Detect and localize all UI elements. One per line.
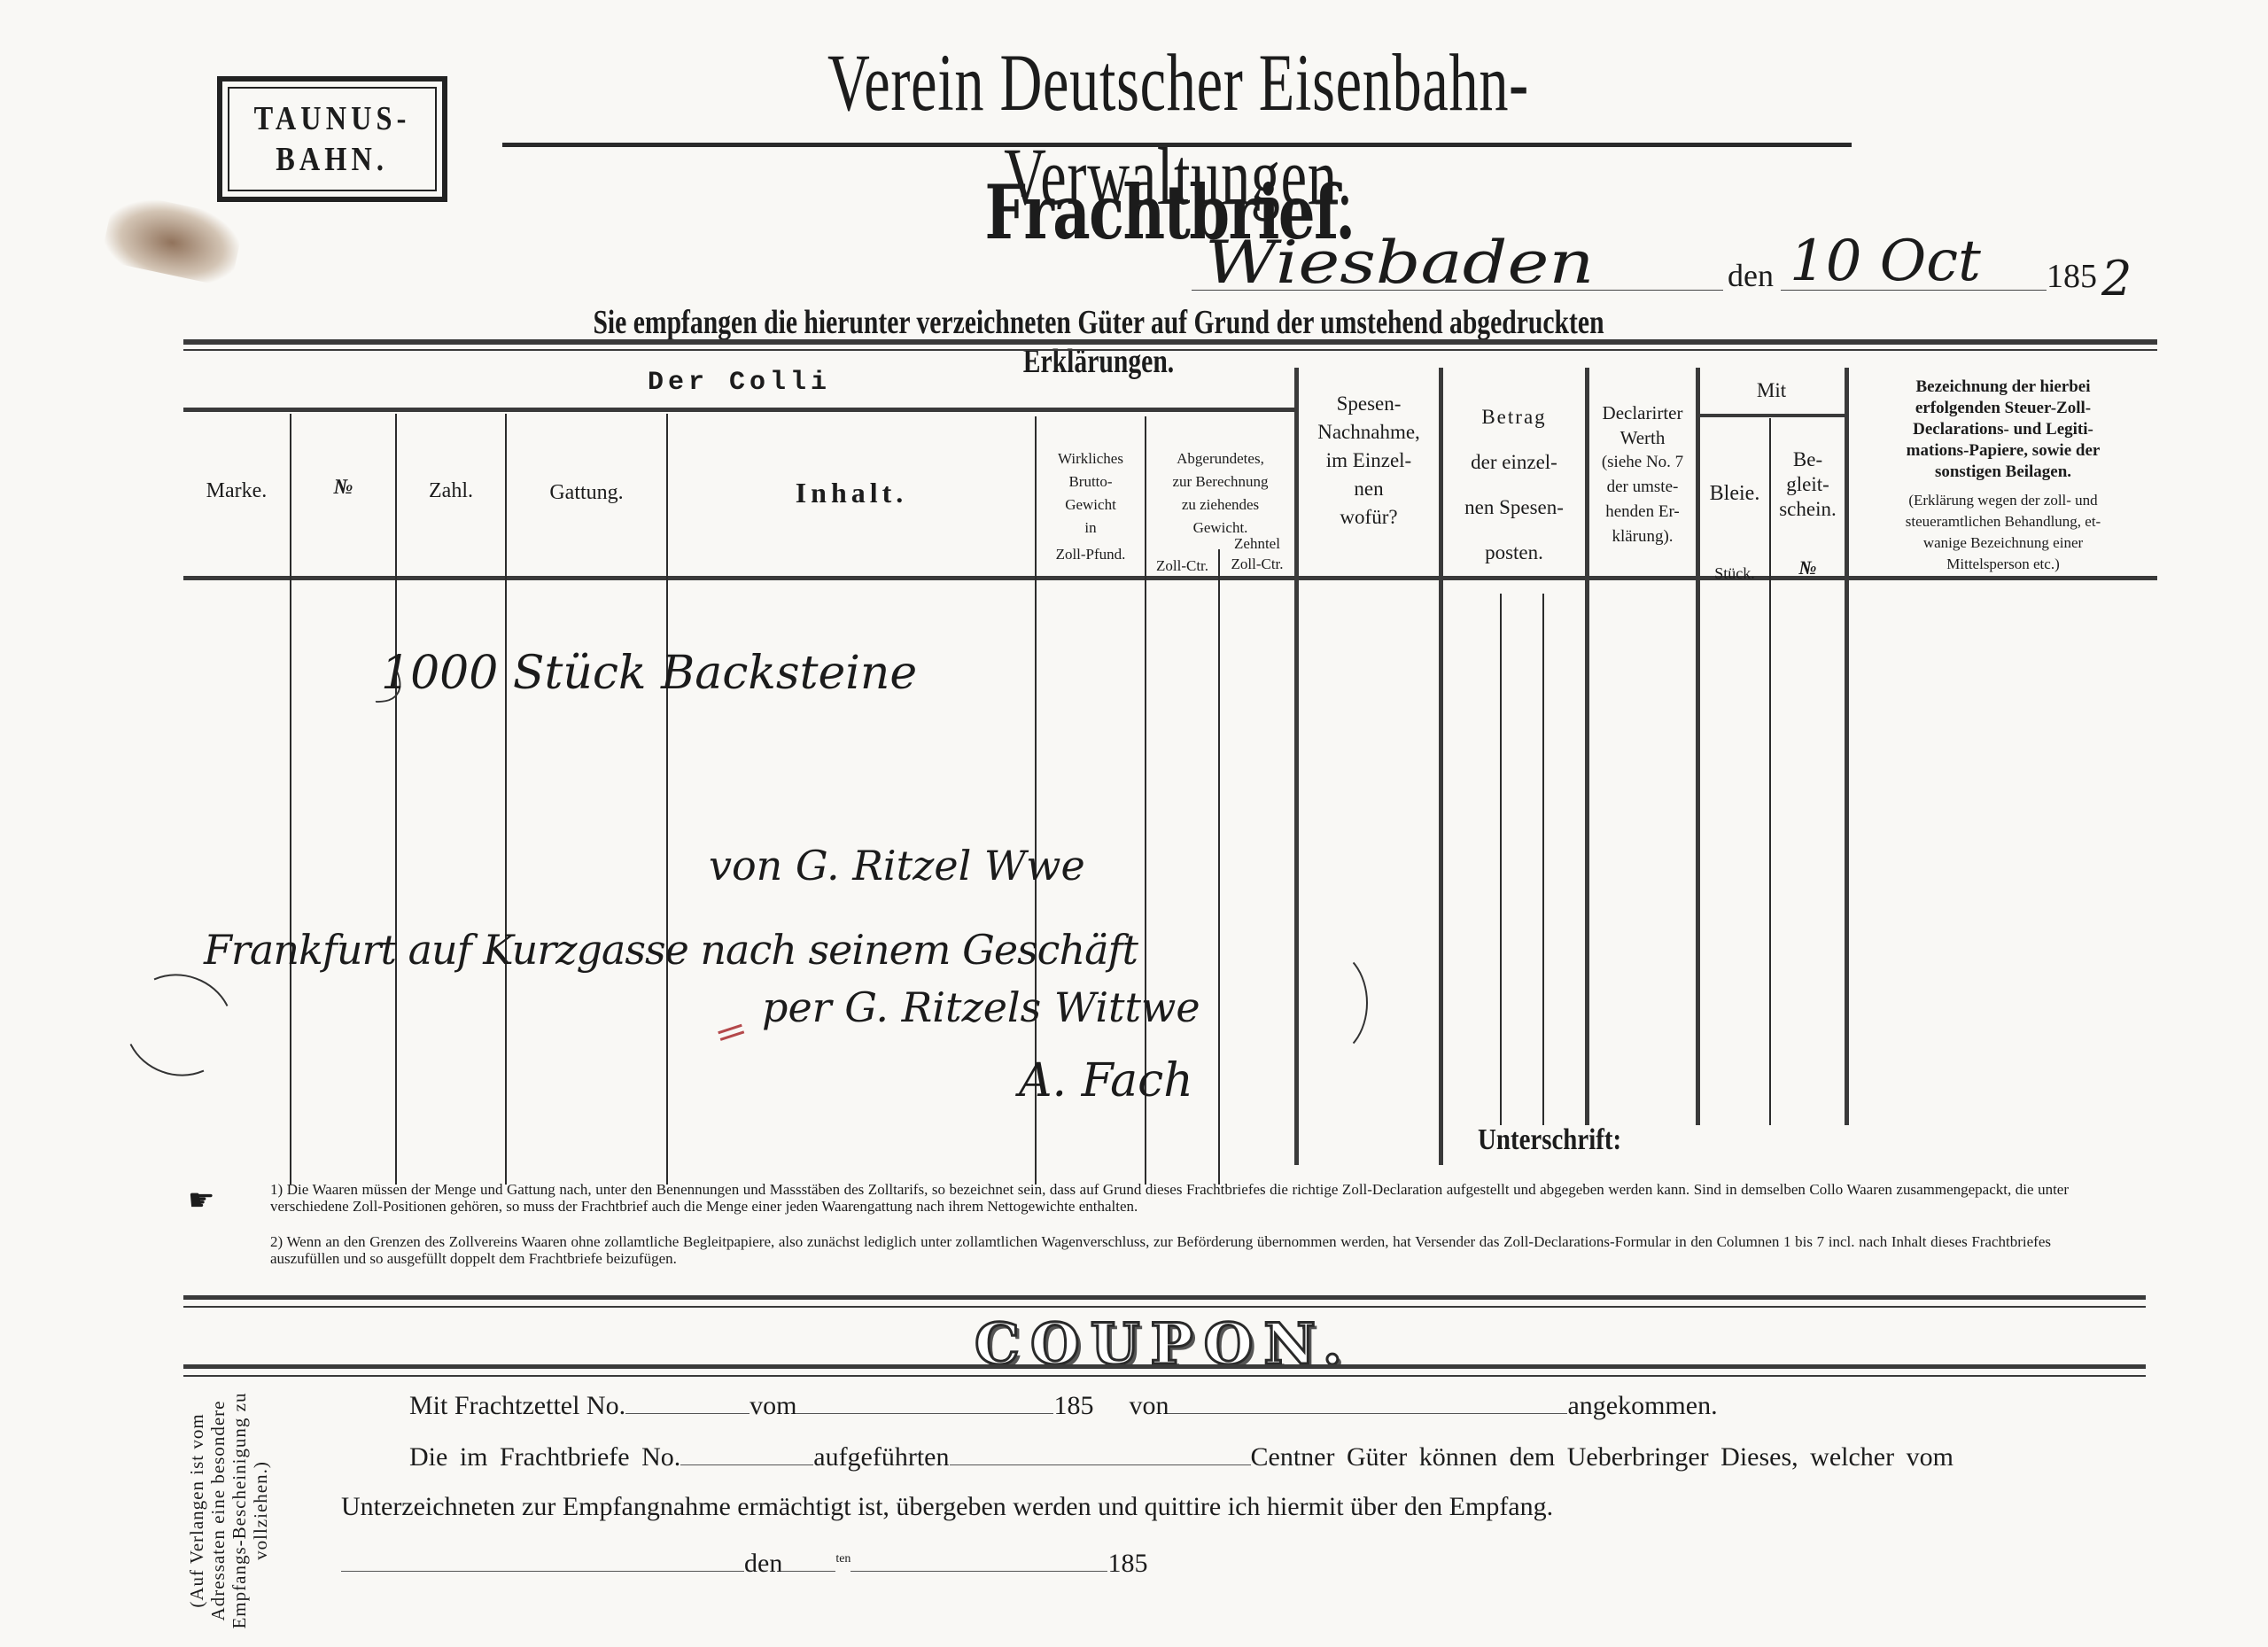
vom-date-field[interactable] bbox=[796, 1412, 1053, 1414]
receipt-place-field[interactable] bbox=[341, 1570, 744, 1572]
receipt-day-field[interactable] bbox=[782, 1570, 835, 1572]
col-bleie: Bleie. bbox=[1700, 481, 1769, 507]
table-top-rule bbox=[183, 339, 2157, 345]
col-gattung: Gattung. bbox=[507, 480, 666, 506]
col-zoll-ctr: Zoll-Ctr. bbox=[1146, 555, 1218, 578]
col-begleitschein: Be-gleit-schein. bbox=[1771, 447, 1845, 522]
place-handwritten: Wiesbaden bbox=[1205, 229, 1594, 297]
pointing-hand-icon: ☛ bbox=[188, 1183, 214, 1218]
col-inhalt: Inhalt. bbox=[668, 480, 1035, 506]
date-line bbox=[1781, 290, 2047, 291]
col-divider bbox=[1769, 418, 1771, 1125]
col-divider bbox=[1218, 549, 1220, 1185]
table-top-rule-thin bbox=[183, 349, 2157, 351]
handwriting-flourish bbox=[1285, 948, 1368, 1058]
den-label: den bbox=[1728, 257, 1774, 294]
col-zehntel: ZehntelZoll-Ctr. bbox=[1220, 533, 1294, 574]
taunusbahn-stamp: TAUNUS- BAHN. bbox=[217, 76, 447, 202]
entry-destination: Frankfurt auf Kurzgasse nach seinem Gesc… bbox=[204, 926, 1138, 974]
col-declarirter: DeclarirterWerth(siehe No. 7der umste-he… bbox=[1589, 400, 1696, 549]
coupon-top-rule bbox=[183, 1295, 2146, 1300]
col-divider bbox=[666, 414, 668, 1185]
coupon-row-4: denten185 bbox=[341, 1549, 1147, 1579]
entry-per: per G. Ritzels Wittwe bbox=[762, 983, 1200, 1031]
col-betrag: Betragder einzel-nen Spesen-posten. bbox=[1443, 394, 1585, 575]
coupon-top-rule-thin bbox=[183, 1306, 2146, 1308]
coupon-row-2: Die im Frachtbriefe No.aufgeführtenCentn… bbox=[409, 1442, 1953, 1472]
frachtzettel-no-field[interactable] bbox=[625, 1412, 750, 1414]
frachtbrief-no-field[interactable] bbox=[680, 1464, 813, 1465]
col-spesen: Spesen-Nachnahme,im Einzel-nenwofür? bbox=[1299, 390, 1439, 532]
col-zahl: Zahl. bbox=[397, 478, 505, 504]
col-nummer: № bbox=[291, 475, 395, 501]
col-marke: Marke. bbox=[183, 478, 290, 504]
coupon-rule bbox=[183, 1364, 2146, 1369]
date-handwritten: 10 Oct bbox=[1790, 229, 1981, 294]
col-divider bbox=[395, 414, 397, 1185]
von-place-field[interactable] bbox=[1169, 1412, 1567, 1414]
title-rule bbox=[502, 143, 1852, 147]
col-bezeichnung-note: (Erklärung wegen der zoll- undsteueramtl… bbox=[1849, 490, 2157, 575]
entry-sender: von G. Ritzel Wwe bbox=[709, 842, 1085, 890]
col-divider bbox=[505, 414, 507, 1185]
receipt-month-field[interactable] bbox=[850, 1570, 1107, 1572]
coupon-side-note: (Auf Verlangen ist vom Adressaten eine b… bbox=[186, 1382, 319, 1639]
stamp-line-2: BAHN. bbox=[276, 139, 389, 180]
col-begleit-no: № bbox=[1771, 555, 1845, 580]
der-colli-label: Der Colli bbox=[183, 370, 1295, 396]
coupon-rule-thin bbox=[183, 1375, 2146, 1377]
col-mit: Mit bbox=[1698, 377, 1845, 403]
col-abgerundet: Abgerundetes,zur Berechnungzu ziehendesG… bbox=[1146, 447, 1294, 540]
place-line bbox=[1192, 290, 1723, 291]
col-brutto: WirklichesBrutto-GewichtinZoll-Pfund. bbox=[1037, 447, 1145, 566]
stamp-line-1: TAUNUS- bbox=[254, 98, 411, 139]
mit-rule bbox=[1698, 414, 1845, 417]
centner-field[interactable] bbox=[950, 1464, 1251, 1465]
year-handwritten: 2 bbox=[2101, 251, 2132, 307]
colli-rule bbox=[183, 408, 1295, 412]
col-bezeichnung: Bezeichnung der hierbeierfolgenden Steue… bbox=[1849, 377, 2157, 483]
col-divider bbox=[290, 414, 291, 1185]
year-printed: 185 bbox=[2047, 257, 2097, 296]
signature-label: Unterschrift: bbox=[1478, 1123, 1621, 1157]
entry-quantity-contents: 1000 Stück Backsteine bbox=[381, 647, 917, 700]
col-divider bbox=[1542, 594, 1544, 1125]
footnote-1: 1) Die Waaren müssen der Menge und Gattu… bbox=[270, 1181, 2069, 1215]
col-divider bbox=[1500, 594, 1502, 1125]
coupon-row-1: Mit Frachtzettel No.vom185vonangekommen. bbox=[409, 1391, 1718, 1421]
coupon-row-3: Unterzeichneten zur Empfangnahme ermächt… bbox=[341, 1492, 1553, 1522]
footnote-2: 2) Wenn an den Grenzen des Zollvereins W… bbox=[270, 1233, 2051, 1267]
entry-signature: A. Fach bbox=[1019, 1054, 1193, 1107]
col-stueck: Stück. bbox=[1700, 562, 1769, 585]
